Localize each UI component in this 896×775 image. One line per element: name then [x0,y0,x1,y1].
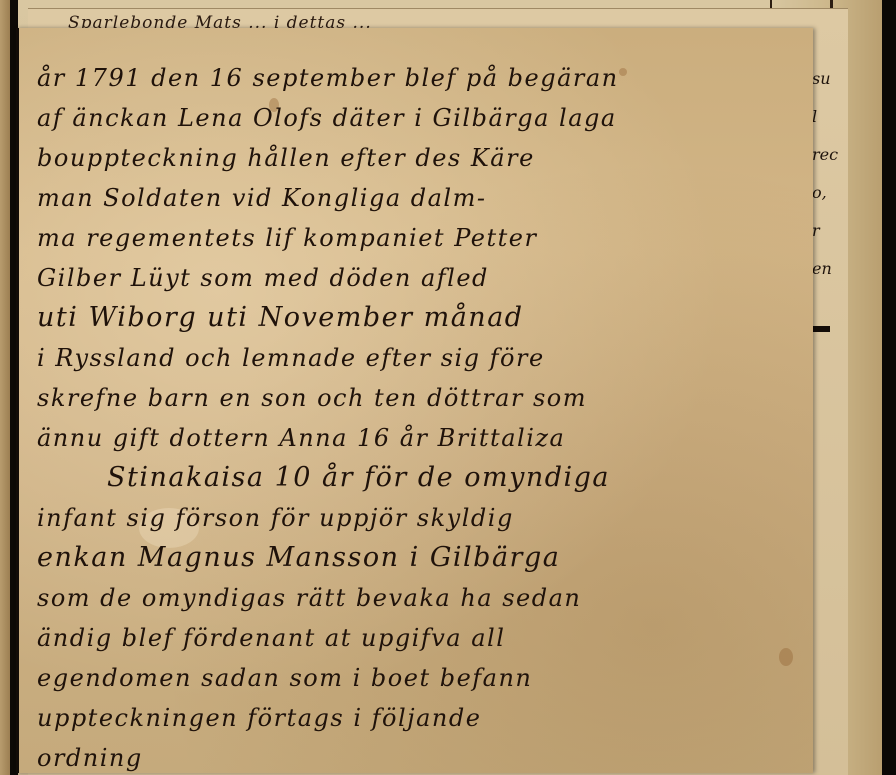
text-line-10: ännu gift dottern Anna 16 år Brittaliza [37,418,807,458]
margin-fragment: o, [812,174,842,212]
text-line-15: ändig blef fördenant at upgifva all [37,618,807,658]
ink-mark [812,326,830,332]
text-line-9: skrefne barn en son och ten döttrar som [37,378,807,418]
margin-fragment: rec [812,136,842,174]
margin-fragment: en [812,250,842,288]
text-line-17: uppteckningen förtags i följande [37,698,807,738]
text-line-13: enkan Magnus Mansson i Gilbärga [37,538,807,578]
book-board-edge [0,0,10,775]
text-line-11: Stinakaisa 10 år för de omyndiga [37,458,807,498]
text-line-3: bouppteckning hållen efter des Käre [37,138,807,178]
text-line-14: som de omyndigas rätt bevaka ha sedan [37,578,807,618]
text-line-16: egendomen sadan som i boet befann [37,658,807,698]
manuscript-text: år 1791 den 16 september blef på begäran… [37,58,807,775]
text-line-12: infant sig förson för uppjör skyldig [37,498,807,538]
manuscript-photo: Sparlebonde Mats ... i dettas ... su l r… [0,0,896,775]
margin-fragment: su [812,60,842,98]
margin-fragment: r [812,212,842,250]
text-line-5: ma regementets lif kompaniet Petter [37,218,807,258]
text-line-18: ordning [37,738,807,775]
text-line-1: år 1791 den 16 september blef på begäran [37,58,807,98]
text-line-8: i Ryssland och lemnade efter sig före [37,338,807,378]
text-line-6: Gilber Lüyt som med döden afled [37,258,807,298]
text-line-2: af änckan Lena Olofs däter i Gilbärga la… [37,98,807,138]
right-margin-fragments: su l rec o, r en [812,60,842,288]
text-line-4: man Soldaten vid Kongliga dalm- [37,178,807,218]
margin-fragment: l [812,98,842,136]
text-line-7: uti Wiborg uti November månad [37,298,807,338]
main-manuscript-page: år 1791 den 16 september blef på begäran… [16,28,813,773]
